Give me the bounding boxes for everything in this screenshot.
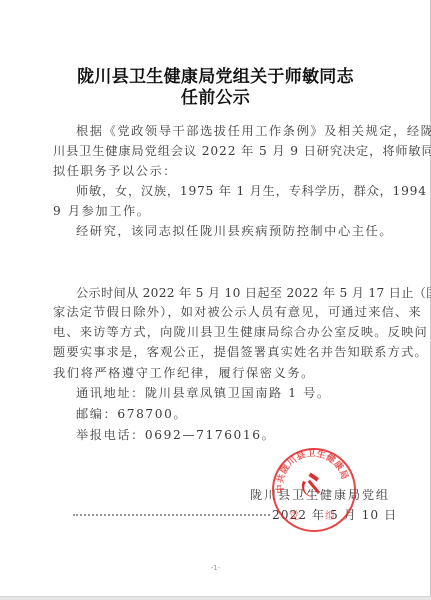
page-number: -1- bbox=[0, 564, 431, 572]
signature-organization: 陇川县卫生健康局党组 bbox=[250, 486, 390, 503]
paragraph3-line1: 经研究，该同志拟任陇川县疾病预防控制中心主任。 bbox=[76, 223, 379, 239]
paragraph1-line2: 川县卫生健康局党组会议 2022 年 5 月 9 日研究决定，将师敏同志 bbox=[53, 143, 379, 159]
page-bottom-edge bbox=[0, 596, 431, 600]
paragraph4-line5: 我们将严格遵守工作纪律，履行保密义务。 bbox=[53, 365, 379, 381]
document-title-line2: 任前公示 bbox=[0, 83, 431, 108]
paragraph4-line2: 家法定节假日除外），如对被公示人员有意见，可通过来信、来 bbox=[53, 304, 379, 320]
paragraph4-line1: 公示时间从 2022 年 5 月 10 日起至 2022 年 5 月 17 日止… bbox=[76, 285, 379, 301]
dotted-leader-line bbox=[73, 514, 270, 516]
contact-postcode: 邮编：678700。 bbox=[76, 406, 379, 422]
paragraph2-line1: 师敏，女，汉族，1975 年 1 月生，专科学历，群众，1994 年 bbox=[76, 183, 379, 199]
paragraph1-line3: 拟任职务予以公示： bbox=[53, 163, 379, 179]
paragraph2-line2: 9 月参加工作。 bbox=[53, 203, 379, 219]
document-page: 陇川县卫生健康局党组关于师敏同志 任前公示 根据《党政领导干部选拔任用工作条例》… bbox=[0, 0, 431, 600]
signature-date: 2022 年 5 月 10 日 bbox=[272, 506, 397, 523]
contact-hotline: 举报电话：0692—7176016。 bbox=[76, 427, 379, 443]
paragraph4-line3: 电、来访等方式，向陇川县卫生健康局综合办公室反映。反映问 bbox=[53, 324, 379, 340]
contact-address: 通讯地址：陇川县章凤镇卫国南路 1 号。 bbox=[76, 385, 379, 401]
paragraph1-line1: 根据《党政领导干部选拔任用工作条例》及相关规定，经陇 bbox=[76, 123, 379, 139]
paragraph4-line4: 题要实事求是，客观公正，提倡签署真实姓名并告知联系方式。 bbox=[53, 344, 379, 360]
